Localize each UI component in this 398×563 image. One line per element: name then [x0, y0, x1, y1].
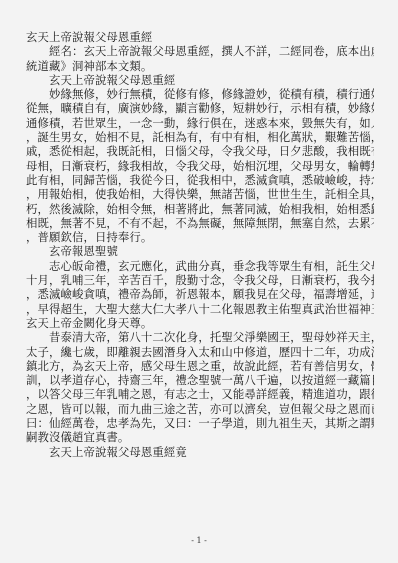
text-line: 相既，無著不見，不有不起，不為無礙，無障無閉，無塞自然，去累不墮苦海: [26, 216, 374, 230]
text-line: 訓，以孝道存心，持齋三年，禮念聖號一萬八千遍，以按道經一藏篇目之數: [26, 373, 374, 387]
text-line: 玄帝報恩聖號: [26, 244, 374, 258]
text-line: ，以答父母三年乳哺之恩，有志之士，又能尋詳經義，精進道功，跟德劫四重: [26, 387, 374, 401]
text-line: 戚，悉從相起，我既託相，日惱父母，令我父母，日夕悲酸，我相既有，父相: [26, 144, 374, 158]
text-line: ，早得超生，大聖大慈大仁大孝八十二化報恩教主佑聖真武治世福神玉虛師相: [26, 302, 374, 316]
text-line: 玄天上帝金闕化身天尊。: [26, 316, 374, 330]
text-line: 鎮北方，為玄天上帝，感父母生恩之重，故說此經，若有善信男女，體玄天聖: [26, 359, 374, 373]
text-line: ，普願欽信，日持奉行。: [26, 230, 374, 244]
text-line: ，悉滅嶮峻貪嗔，禮帝為師，祈恩報本，願我見在父母，福壽增延，過去父母: [26, 287, 374, 301]
text-line: 之恩，皆可以報，而九曲三途之苦，亦可以濟矣，豈但報父母之恩而已哉，傳: [26, 402, 374, 416]
text-line: 太子，纔七歲，即離親去國潛身入太和山中修道，歷四十二年，功成沖舉，位: [26, 345, 374, 359]
text-line: 嗣教沒儀趙宜真書。: [26, 430, 374, 444]
text-line: 志心皈命禮，玄元應化，武曲分真，垂念我等眾生有相，託生父母，懷眈: [26, 259, 374, 273]
text-line: 從無，曠積自有，廣演妙緣，顯言勸修，短耕妙行，示相有積，妙緣妙行，既: [26, 101, 374, 115]
text-line: 統道藏》洞神部本文類。: [26, 59, 374, 73]
text-line: 玄天上帝說報父母恩重經竟: [26, 445, 374, 459]
text-line: 玄天上帝說報父母恩重經: [26, 73, 374, 87]
text-line: 通修積，若世眾生，一念一動，緣行俱在，迷惑本來，毀無失有，如人父母: [26, 116, 374, 130]
document-page: 玄天上帝說報父母恩重經經名：玄天上帝說報父母恩重經，撰人不詳，二經同卷，底本出處…: [26, 30, 374, 459]
text-line: 妙緣無修，妙行無積，從修有修，修緣證妙，從積有積，積行通妙，妙本: [26, 87, 374, 101]
text-line: 母相，日漸衰朽，緣我相故，令我父母，始相沉埋，父母男女，輪轉無已，是: [26, 159, 374, 173]
text-line: ，誕生男女，始相不見，託相為有，有中有相，相化萬狀，艱難苦惱，憂慮悲: [26, 130, 374, 144]
text-line: 昔泰清大帝，第八十二次化身，托聖父淨樂國王，聖母妙祥天主，降生為: [26, 330, 374, 344]
text-line: ，用報始相，使我始相，大得快樂，無諸苦惱，世世生生，託相全具，不致衰: [26, 187, 374, 201]
text-line: 此有相，同歸苦惱，我從今日，從我相中，悉滅貪嗔，悉破嶮峻，持念平等: [26, 173, 374, 187]
text-line: 曰：仙經萬卷，忠孝為先，又曰：一子學道，則九祖生天，其斯之謂歟，玄門: [26, 416, 374, 430]
text-line: 經名：玄天上帝說報父母恩重經，撰人不詳，二經同卷，底本出處：《正: [26, 44, 374, 58]
text-line: 玄天上帝說報父母恩重經: [26, 30, 374, 44]
text-line: 十月，乳哺三年，辛苦百千，殷勤寸念，令我父母，日漸衰朽，我今持念平等: [26, 273, 374, 287]
text-line: 朽，然後滅除，始相令無，相著將此，無著同滅，始相我相，始相悉歸，無著: [26, 202, 374, 216]
page-number: - 1 -: [0, 536, 398, 545]
